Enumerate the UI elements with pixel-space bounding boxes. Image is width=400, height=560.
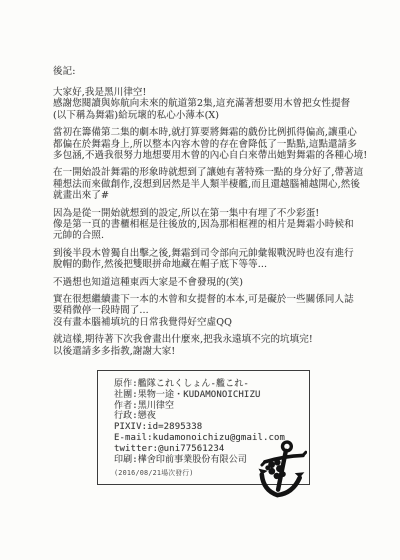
- text-line: 多包涵,不過我很努力地想要用木曾的內心自白來帶出她對舞霜的各種心境!: [53, 150, 369, 161]
- text-line: 在一開始設計舞霜的形象時就想到了讓她有著特殊一點的身分好了,帶著這: [53, 167, 369, 178]
- text-line: 因為是從一開始就想到的設定,所以在第一集中有埋了不少彩蛋!: [53, 208, 369, 219]
- text-line: 像是第一頁的書櫃相框是往後放的,因為那相框裡的相片是舞霜小時候和: [53, 219, 369, 230]
- text-line: 脫帽的動作,然後把雙眼拼命地藏在帽子底下等等...: [53, 259, 369, 270]
- colophon-line: 原作:艦隊これくしょん-艦これ-: [114, 379, 285, 390]
- afterword-text-block: 後記: 大家好,我是黑川律空!感謝您閱讀與妳航向未來的航道第2集,這充滿著想要用…: [53, 66, 369, 363]
- colophon-line: 社團:果物一途・KUDAMONOICHIZU: [114, 390, 285, 401]
- afterword-paragraphs: 大家好,我是黑川律空!感謝您閱讀與妳航向未來的航道第2集,這充滿著想要用木曾把女…: [53, 87, 369, 357]
- text-line: 感謝您閱讀與妳航向未來的航道第2集,這充滿著想要用木曾把女性提督: [53, 98, 369, 109]
- text-line: 要稍微停一段時間了...: [53, 305, 369, 316]
- text-line: 不過想也知道這種東西大家是不會發現的(笑): [53, 277, 369, 288]
- paragraph: 大家好,我是黑川律空!感謝您閱讀與妳航向未來的航道第2集,這充滿著想要用木曾把女…: [53, 87, 369, 121]
- text-line: (以下稱為舞霜)給玩壞的私心小薄本(X): [53, 110, 369, 121]
- text-line: 到後半段木曾獨自出擊之後,舞霜到司令部向元帥彙報戰況時也沒有進行: [53, 248, 369, 259]
- text-line: 元帥的合照.: [53, 230, 369, 241]
- text-line: 實在很想繼續畫下一本的木曾和女提督的本本,可是礙於一些關係同人誌: [53, 294, 369, 305]
- afterword-heading: 後記:: [53, 66, 369, 77]
- text-line: 以後還請多多指教,謝謝大家!: [53, 346, 369, 357]
- colophon-line: PIXIV:id=2895338: [114, 422, 285, 433]
- anchor-icon: [257, 438, 307, 502]
- paragraph: 就這樣,期待著下次我會畫出什麼來,把我永遠填不完的坑填完!以後還請多多指教,謝謝…: [53, 334, 369, 356]
- paragraph: 在一開始設計舞霜的形象時就想到了讓她有著特殊一點的身分好了,帶著這種想法而來做創…: [53, 167, 369, 201]
- paragraph: 到後半段木曾獨自出擊之後,舞霜到司令部向元帥彙報戰況時也沒有進行脫帽的動作,然後…: [53, 248, 369, 270]
- paragraph: 實在很想繼續畫下一本的木曾和女提督的本本,可是礙於一些關係同人誌要稍微停一段時間…: [53, 294, 369, 328]
- text-line: 就這樣,期待著下次我會畫出什麼來,把我永遠填不完的坑填完!: [53, 334, 369, 345]
- text-line: 沒有畫本腦補填坑的日常我覺得好空虛QQ: [53, 317, 369, 328]
- text-line: 當初在籌備第二集的劇本時,就打算要將舞霜的戲份比例抓得偏高,讓重心: [53, 127, 369, 138]
- text-line: 大家好,我是黑川律空!: [53, 87, 369, 98]
- text-line: 種想法而來做創作,沒想到居然是半人類半棲艦,而且還越腦補越開心,然後: [53, 179, 369, 190]
- afterword-page: 後記: 大家好,我是黑川律空!感謝您閱讀與妳航向未來的航道第2集,這充滿著想要用…: [0, 0, 400, 560]
- text-line: 就畫出來了#: [53, 190, 369, 201]
- colophon-line: 行政:戀夜: [114, 411, 285, 422]
- paragraph: 因為是從一開始就想到的設定,所以在第一集中有埋了不少彩蛋!像是第一頁的書櫃相框是…: [53, 208, 369, 242]
- paragraph: 不過想也知道這種東西大家是不會發現的(笑): [53, 277, 369, 288]
- release-date-note: (2016/08/21場次發行): [114, 467, 194, 477]
- colophon-line: 作者:黑川律空: [114, 401, 285, 412]
- text-line: 都偏在於舞霜身上,所以整本內容木曾的存在會降低了一點點,這點還請多: [53, 139, 369, 150]
- paragraph: 當初在籌備第二集的劇本時,就打算要將舞霜的戲份比例抓得偏高,讓重心都偏在於舞霜身…: [53, 127, 369, 161]
